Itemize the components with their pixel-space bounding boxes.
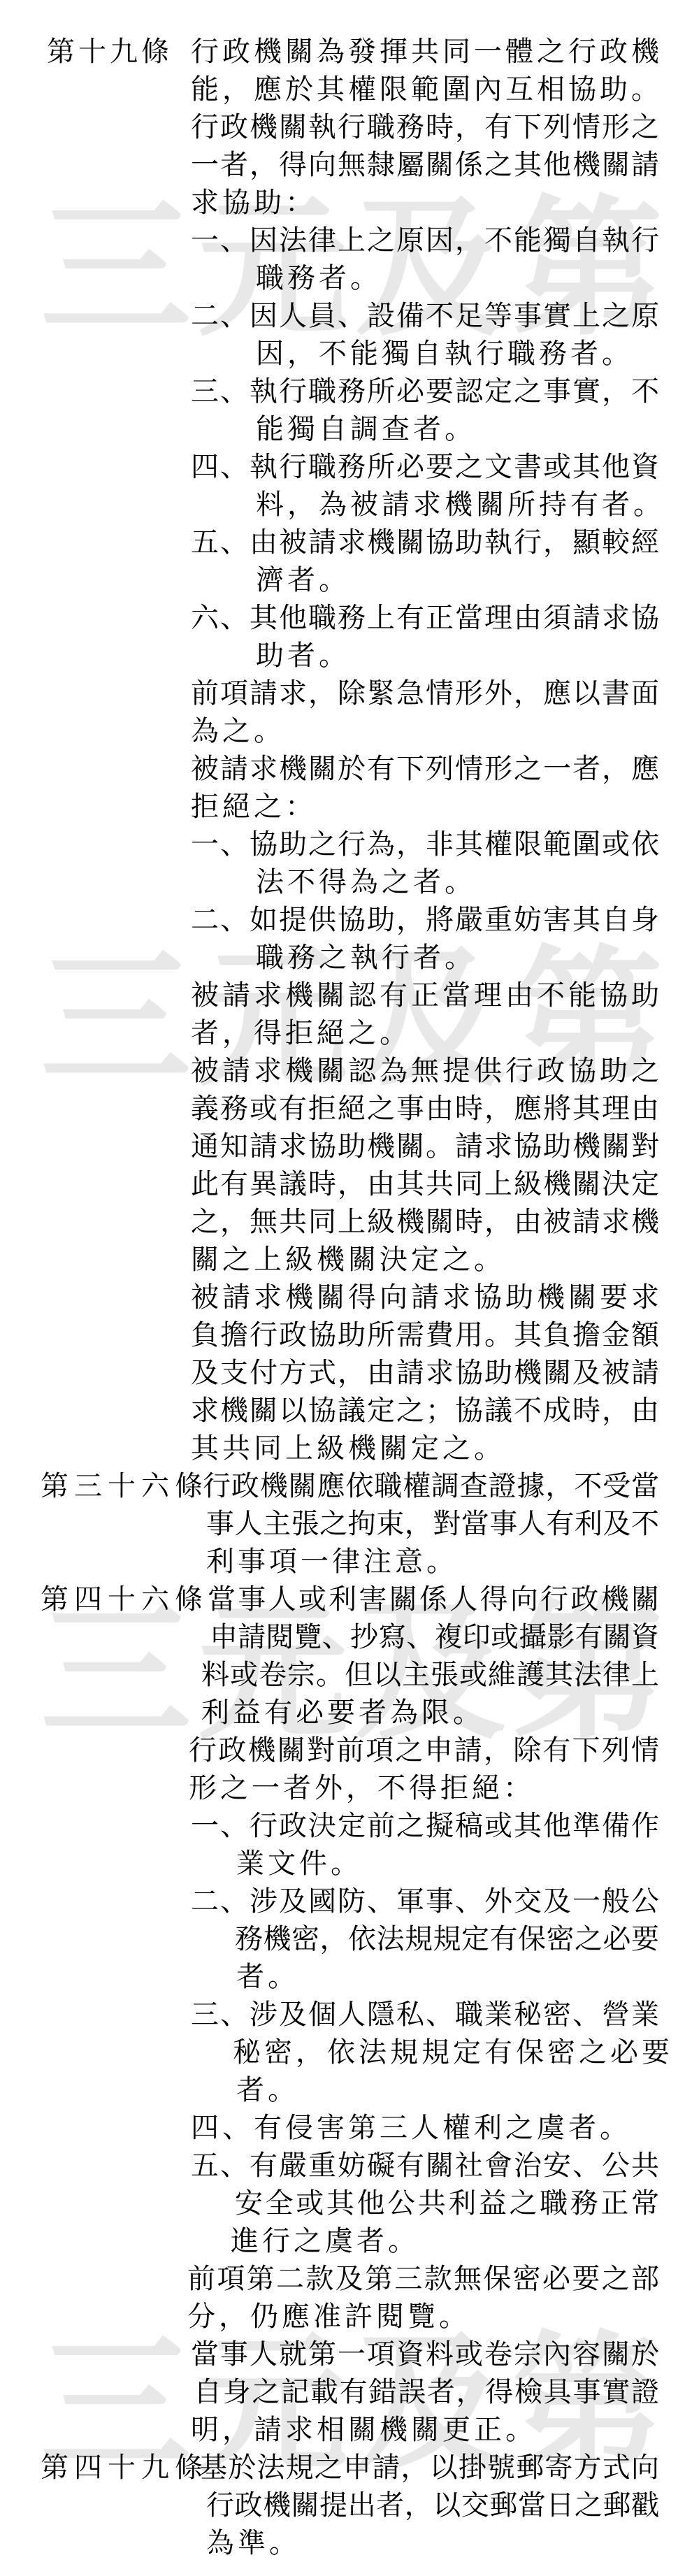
text-line: 能獨自調查者。 [256, 410, 476, 448]
text-line: 被請求機關於有下列情形之一者，應 [191, 750, 659, 788]
document-page: 三元及第三元及第三元及第三元及第 第十九條行政機關為發揮共同一體之行政機能，應於… [0, 0, 685, 2576]
text-line: 當事人或利害關係人得向行政機關 [208, 1581, 659, 1618]
text-line: 關之上級機關決定之。 [191, 1241, 505, 1279]
text-line: 前項請求，除緊急情形外，應以書面 [191, 675, 659, 712]
text-line: 進行之虞者。 [231, 2222, 419, 2260]
text-line: 其共同上級機關定之。 [191, 1430, 505, 1467]
text-line: 濟者。 [256, 561, 350, 599]
text-line: 一、行政決定前之擬稿或其他準備作 [191, 1807, 659, 1845]
text-line: 二、涉及國防、軍事、外交及一般公 [191, 1883, 659, 1920]
text-line: 因，不能獨自執行職務者。 [256, 335, 633, 373]
text-line: 者，得拒絕之。 [191, 1014, 411, 1052]
text-line: 行政機關執行職務時，有下列情形之 [191, 108, 659, 146]
text-line: 前項第二款及第三款無保密必要之部 [187, 2260, 659, 2298]
text-line: 三、涉及個人隱私、職業秘密、營業 [191, 1996, 659, 2034]
text-line: 職務者。 [256, 259, 382, 297]
text-line: 料或卷宗。但以主張或維護其法律上 [201, 1656, 659, 1694]
text-line: 者。 [236, 2071, 299, 2109]
text-line: 一者，得向無隸屬關係之其他機關請 [191, 146, 659, 184]
text-line: 被請求機關認為無提供行政協助之 [191, 1052, 659, 1090]
text-line: 四、執行職務所必要之文書或其他資 [191, 448, 659, 486]
text-line: 為之。 [191, 712, 285, 750]
text-line: 通知請求協助機關。請求協助機關對 [191, 1128, 659, 1165]
text-line: 業文件。 [236, 1845, 362, 1883]
article-number: 第四十九條 [41, 2449, 208, 2487]
text-line: 分，仍應准許閱覽。 [187, 2298, 470, 2336]
text-line: 形之一者外，不得拒絕： [189, 1769, 535, 1807]
text-line: 行政機關應依職權調查證據，不受當 [203, 1467, 659, 1505]
text-line: 利益有必要者為限。 [201, 1694, 484, 1732]
text-line: 求協助： [191, 184, 317, 222]
text-line: 二、因人員、設備不足等事實上之原 [191, 297, 659, 335]
text-line: 申請閱覽、抄寫、複印或攝影有關資 [210, 1618, 659, 1656]
text-line: 基於法規之申請，以掛號郵寄方式向 [199, 2449, 659, 2487]
text-line: 求機關以協議定之；協議不成時，由 [191, 1392, 659, 1430]
text-line: 事人主張之拘束，對當事人有利及不 [206, 1505, 659, 1543]
text-line: 五、由被請求機關協助執行，顯較經 [191, 524, 659, 561]
article-number: 第四十六條 [41, 1581, 208, 1618]
text-line: 利事項一律注意。 [206, 1543, 458, 1581]
text-line: 為準。 [206, 2524, 301, 2562]
text-line: 二、如提供協助，將嚴重妨害其自身 [191, 901, 659, 939]
text-line: 料，為被請求機關所持有者。 [256, 486, 665, 524]
text-line: 者。 [236, 1958, 299, 1996]
text-line: 一、因法律上之原因，不能獨自執行 [191, 222, 659, 259]
article-number: 第十九條 [47, 33, 173, 71]
text-line: 拒絕之： [191, 788, 317, 826]
text-line: 安全或其他公共利益之職務正常 [235, 2185, 659, 2222]
text-line: 行政機關為發揮共同一體之行政機 [191, 33, 659, 71]
text-line: 一、協助之行為，非其權限範圍或依 [191, 826, 659, 863]
text-line: 三、執行職務所必要認定之事實，不 [191, 373, 659, 410]
text-line: 負擔行政協助所需費用。其負擔金額 [191, 1316, 659, 1354]
text-line: 行政機關提出者，以交郵當日之郵戳 [206, 2487, 659, 2524]
text-line: 職務之執行者。 [256, 939, 476, 977]
text-line: 法不得為之者。 [256, 863, 476, 901]
text-line: 六、其他職務上有正當理由須請求協 [191, 599, 659, 637]
text-line: 義務或有拒絕之事由時，應將其理由 [191, 1090, 659, 1128]
article-number: 第三十六條 [41, 1467, 208, 1505]
text-line: 助者。 [256, 637, 350, 675]
text-line: 秘密，依法規規定有保密之必要 [233, 2034, 673, 2071]
text-line: 被請求機關認有正當理由不能協助 [191, 977, 659, 1014]
text-line: 明，請求相關機關更正。 [191, 2411, 537, 2449]
text-line: 自身之記載有錯誤者，得檢具事實證 [194, 2373, 659, 2411]
text-line: 被請求機關得向請求協助機關要求 [191, 1279, 659, 1316]
text-line: 及支付方式，由請求協助機關及被請 [191, 1354, 659, 1392]
text-line: 務機密，依法規規定有保密之必要 [235, 1920, 659, 1958]
text-line: 當事人就第一項資料或卷宗內容關於 [191, 2336, 659, 2373]
text-line: 五、有嚴重妨礙有關社會治安、公共 [191, 2147, 659, 2185]
text-line: 此有異議時，由其共同上級機關決定 [191, 1165, 659, 1203]
text-line: 行政機關對前項之申請，除有下列情 [189, 1732, 659, 1769]
text-line: 之，無共同上級機關時，由被請求機 [191, 1203, 659, 1241]
text-line: 四、有侵害第三人權利之虞者。 [191, 2109, 631, 2147]
text-line: 能，應於其權限範圍內互相協助。 [191, 71, 659, 108]
